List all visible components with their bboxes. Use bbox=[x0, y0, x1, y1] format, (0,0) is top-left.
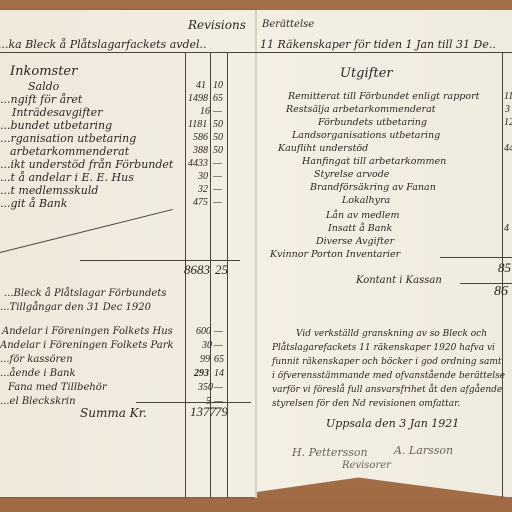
balance-heading-2: ...Tillgångar den 31 Dec 1920 bbox=[0, 302, 151, 313]
income-heading: Inkomster bbox=[10, 64, 77, 79]
list-item: ...ngift för året bbox=[0, 93, 82, 106]
amount-ore: — bbox=[214, 340, 223, 351]
list-item: Diverse Avgifter bbox=[316, 236, 394, 247]
title-line-right: 11 Räkenskaper för tiden 1 Jan till 31 D… bbox=[260, 38, 496, 51]
amount-kronor: 32 bbox=[198, 184, 208, 195]
list-item: Saldo bbox=[28, 80, 59, 93]
amount-ore: — bbox=[213, 171, 222, 182]
amount-kronor: 99 bbox=[200, 354, 210, 365]
amount-ore: — bbox=[214, 326, 223, 337]
expenses-subtotal: 85 bbox=[498, 260, 511, 276]
list-item: Andelar i Föreningen Folkets Hus bbox=[2, 326, 173, 337]
amount-ore: 14 bbox=[214, 368, 224, 379]
amount-kronor: 12 bbox=[504, 117, 512, 128]
amount-kronor: 11 bbox=[504, 91, 512, 102]
expenses-heading: Utgifter bbox=[340, 66, 393, 81]
amount-kronor: 3 bbox=[505, 104, 510, 115]
amount-kronor: 4433 bbox=[188, 158, 208, 169]
list-item: Kvinnor Porton Inventarier bbox=[270, 249, 400, 260]
amount-ore: — bbox=[213, 197, 222, 208]
statement-line: i öfverensstämmande med ofvanstående ber… bbox=[272, 371, 505, 381]
list-item: Brandförsäkring av Fanan bbox=[310, 182, 436, 193]
list-item: ...git å Bank bbox=[0, 197, 67, 210]
list-item: Remitterat till Förbundet enligt rapport bbox=[288, 91, 479, 102]
total-rule bbox=[80, 260, 240, 261]
amount-ore: 50 bbox=[213, 119, 223, 130]
ore-column-rule bbox=[210, 52, 211, 498]
amount-kronor: 1498 bbox=[188, 93, 208, 104]
statement-line: Plåtslagarefackets 11 räkenskaper 1920 h… bbox=[272, 343, 495, 353]
statement-line: styrelsen för den Nd revisionen omfattar… bbox=[272, 399, 460, 409]
list-item: Inträdesavgifter bbox=[12, 106, 102, 119]
signature-role: Revisorer bbox=[342, 460, 391, 471]
amount-kronor: 293 bbox=[194, 368, 209, 379]
amount-kronor: 388 bbox=[193, 145, 208, 156]
list-item: Restsälja arbetarkommenderat bbox=[286, 104, 436, 115]
list-item: ...ikt understöd från Förbundet bbox=[0, 158, 173, 171]
list-item: Hanfingat till arbetarkommen bbox=[302, 156, 446, 167]
sum-rule bbox=[136, 402, 251, 403]
list-item: arbetarkommenderat bbox=[10, 145, 129, 158]
amount-ore: 65 bbox=[213, 93, 223, 104]
title-revisions: Revisions bbox=[188, 18, 246, 32]
list-item: ...t medlemsskuld bbox=[0, 184, 98, 197]
place-date: Uppsala den 3 Jan 1921 bbox=[326, 417, 459, 430]
income-total-ore: 25 bbox=[215, 262, 228, 278]
amount-ore: — bbox=[213, 106, 222, 117]
amount-kronor: 30 bbox=[198, 171, 208, 182]
page-fold bbox=[255, 10, 257, 498]
amount-kronor: 475 bbox=[193, 197, 208, 208]
list-item: ...rganisation utbetaring bbox=[0, 132, 136, 145]
amount-ore: 65 bbox=[214, 354, 224, 365]
amount-ore: 50 bbox=[213, 132, 223, 143]
amount-kronor: 586 bbox=[193, 132, 208, 143]
amount-kronor: 1181 bbox=[188, 119, 207, 130]
list-item: ...bundet utbetaring bbox=[0, 119, 112, 132]
amount-ore: 50 bbox=[213, 145, 223, 156]
list-item: Insatt å Bank bbox=[328, 223, 392, 234]
list-item: Förbundets utbetaring bbox=[318, 117, 427, 128]
sum-label: Summa Kr. bbox=[80, 406, 147, 420]
list-item: ...el Bleckskrin bbox=[0, 396, 76, 407]
amount-kronor: 4 bbox=[504, 223, 509, 234]
sum-ore: 79 bbox=[215, 404, 228, 420]
statement-line: funnit räkenskaper och böcker i god ordn… bbox=[272, 357, 502, 367]
cash-label: Kontant i Kassan bbox=[356, 275, 442, 286]
signature-2: A. Larsson bbox=[394, 444, 453, 457]
title-berattelse: Berättelse bbox=[262, 19, 314, 30]
income-total-kronor: 8683 bbox=[184, 262, 210, 278]
amount-ore: 10 bbox=[213, 80, 223, 91]
header-rule bbox=[0, 52, 512, 53]
list-item: Kaufliht understöd bbox=[278, 143, 368, 154]
signature-1: H. Pettersson bbox=[292, 446, 368, 459]
amount-kronor: 16 bbox=[200, 106, 210, 117]
amount-kronor: 350 bbox=[198, 382, 213, 393]
amount-kronor: 600 bbox=[196, 326, 211, 337]
amount-ore: — bbox=[214, 382, 223, 393]
list-item: Fana med Tillbehör bbox=[8, 382, 107, 393]
list-item: Landsorganisations utbetaring bbox=[292, 130, 440, 141]
list-item: Styrelse arvode bbox=[314, 169, 389, 180]
list-item: ...för kassören bbox=[0, 354, 73, 365]
statement-line: Vid verkställd granskning av so Bleck oc… bbox=[296, 329, 487, 339]
list-item: ...t å andelar i E. E. Hus bbox=[0, 171, 134, 184]
sum-kronor: 1377 bbox=[190, 404, 216, 420]
expenses-subtotal-rule bbox=[440, 257, 512, 258]
amount-kronor: 44 bbox=[504, 143, 512, 154]
amount-kronor: 41 bbox=[196, 80, 206, 91]
title-line-left: ...ka Bleck å Plåtslagarfackets avdel.. bbox=[0, 38, 207, 51]
balance-heading-1: ...Bleck å Plåtslagar Förbundets bbox=[4, 288, 166, 299]
list-item: Andelar i Föreningen Folkets Park bbox=[0, 340, 174, 351]
list-item: ...ående i Bank bbox=[0, 368, 76, 379]
amount-ore: — bbox=[213, 158, 222, 169]
list-item: Lokalhyra bbox=[342, 195, 390, 206]
statement-line: varför vi föreslå full ansvarsfrihet åt … bbox=[272, 385, 502, 395]
amount-ore: — bbox=[213, 184, 222, 195]
expenses-total: 86 bbox=[494, 284, 508, 300]
amount-kronor: 30 bbox=[202, 340, 212, 351]
list-item: Lån av medlem bbox=[326, 210, 400, 221]
